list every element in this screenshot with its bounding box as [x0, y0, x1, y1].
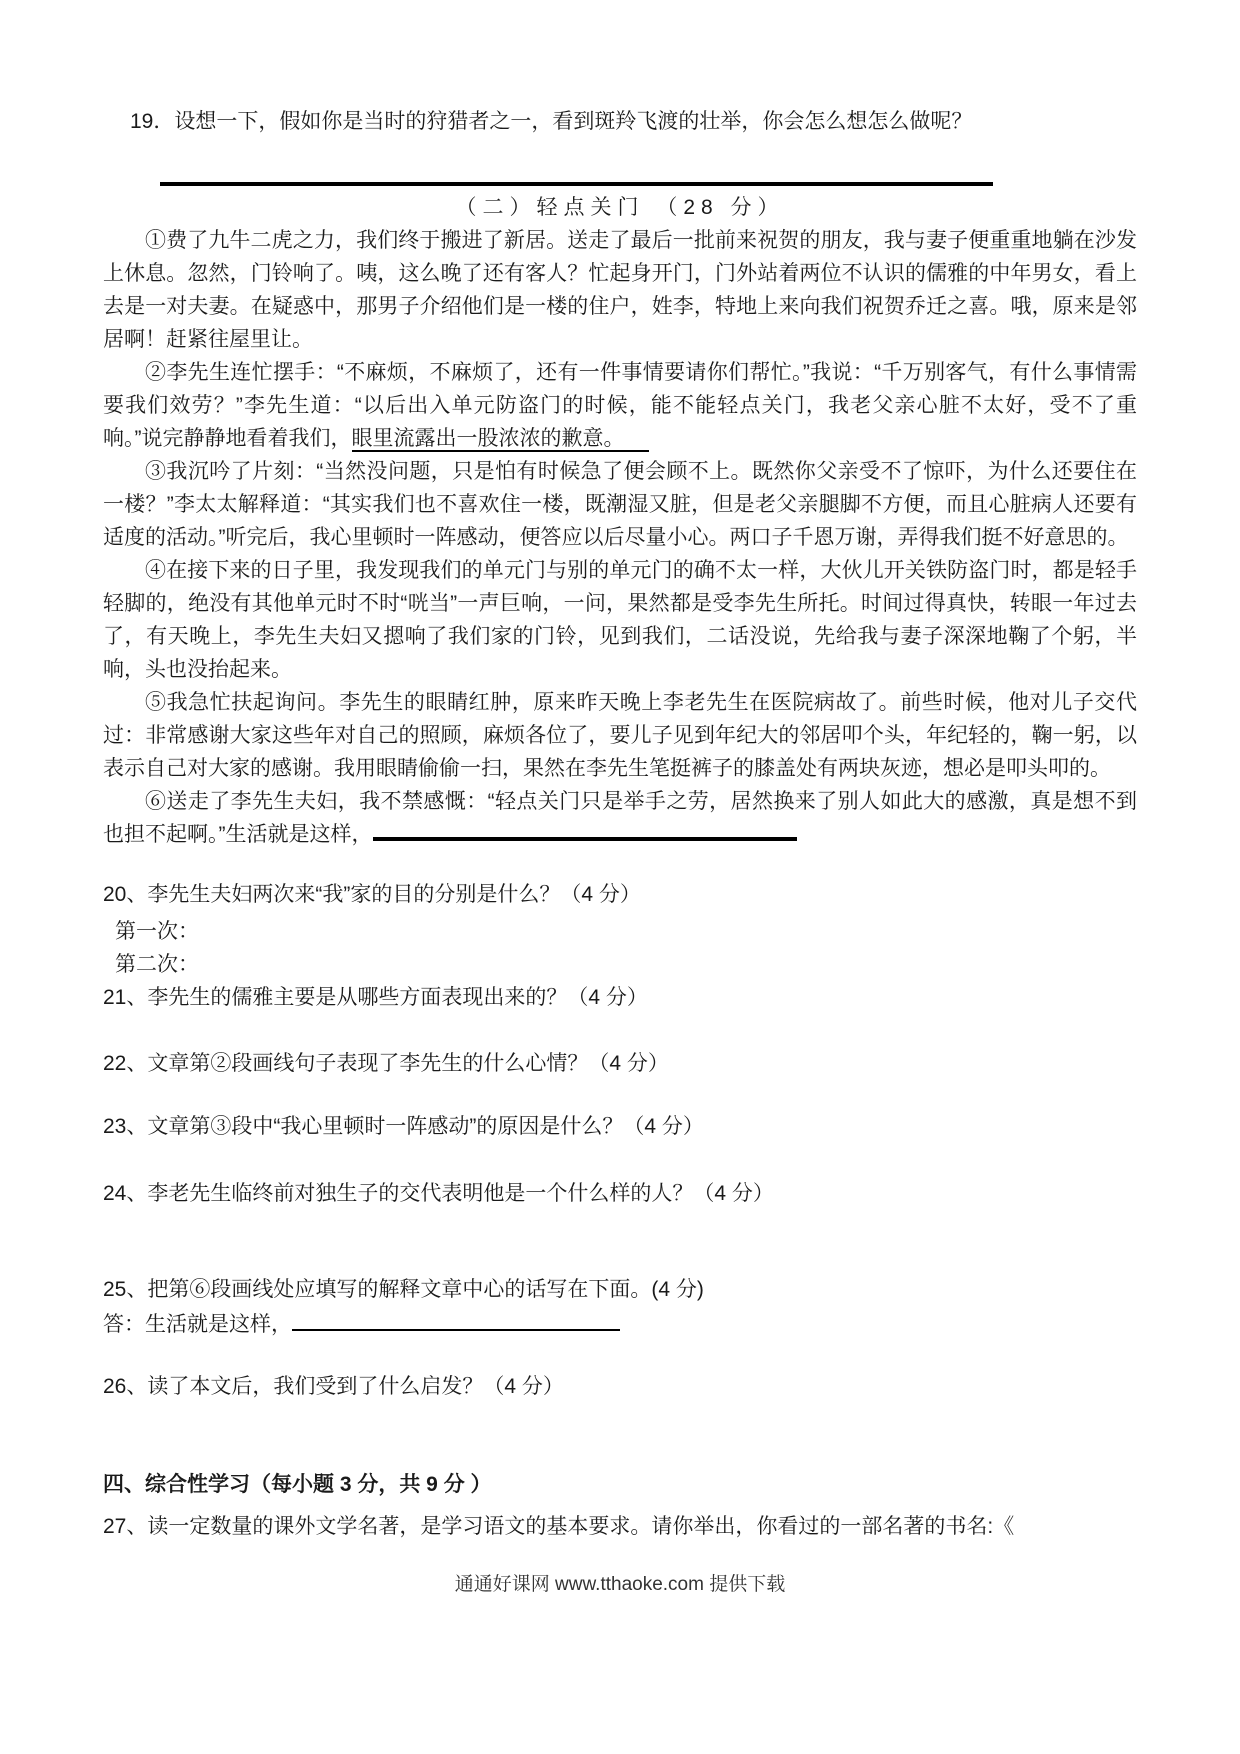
document-page: 19．设想一下，假如你是当时的狩猎者之一，看到斑羚飞渡的壮举，你会怎么想怎么做呢… [0, 0, 1240, 1754]
question-23: 23、文章第③段中“我心里顿时一阵感动”的原因是什么？（4 分） [103, 1110, 1137, 1143]
underlined-phrase-paragraph-2: 眼里流露出一股浓浓的歉意。 [352, 427, 649, 452]
question-25-answer-line: 答：生活就是这样， [103, 1308, 1137, 1341]
question-27: 27、读一定数量的课外文学名著，是学习语文的基本要求。请你举出，你看过的一部名著… [103, 1510, 1137, 1543]
question-21: 21、李先生的儒雅主要是从哪些方面表现出来的？（4 分） [103, 981, 1137, 1014]
question-20: 20、李先生夫妇两次来“我”家的目的分别是什么？（4 分） [103, 878, 1137, 911]
passage-paragraph-1: ①费了九牛二虎之力，我们终于搬进了新居。送走了最后一批前来祝贺的朋友，我与妻子便… [103, 224, 1137, 356]
answer-blank-question-25 [292, 1311, 620, 1331]
question-19: 19．设想一下，假如你是当时的狩猎者之一，看到斑羚飞渡的壮举，你会怎么想怎么做呢… [130, 105, 1137, 138]
passage-paragraph-6: ⑥送走了李先生夫妇，我不禁感慨：“轻点关门只是举手之劳，居然换来了别人如此大的感… [103, 785, 1137, 851]
passage-paragraph-4: ④在接下来的日子里，我发现我们的单元门与别的单元门的确不太一样，大伙儿开关铁防盗… [103, 554, 1137, 686]
question-25: 25、把第⑥段画线处应填写的解释文章中心的话写在下面。(4 分) [103, 1273, 1137, 1306]
section-divider-rule [160, 182, 993, 186]
answer-prefix: 答：生活就是这样， [103, 1313, 292, 1336]
question-20-second-line: 第二次： [115, 948, 1137, 981]
question-20-first-line: 第一次： [115, 915, 1137, 948]
passage-paragraph-2: ②李先生连忙摆手：“不麻烦，不麻烦了，还有一件事情要请你们帮忙。”我说：“千万别… [103, 356, 1137, 455]
passage-paragraph-3: ③我沉吟了片刻：“当然没问题，只是怕有时候急了便会顾不上。既然你父亲受不了惊吓，… [103, 455, 1137, 554]
section-4-heading: 四、综合性学习（每小题 3 分，共 9 分 ） [103, 1468, 1137, 1501]
passage-paragraph-5: ⑤我急忙扶起询问。李先生的眼睛红肿，原来昨天晚上李老先生在医院病故了。前些时候，… [103, 686, 1137, 785]
question-24: 24、李老先生临终前对独生子的交代表明他是一个什么样的人？（4 分） [103, 1177, 1137, 1210]
answer-blank-paragraph-6 [373, 819, 797, 841]
question-22: 22、文章第②段画线句子表现了李先生的什么心情？（4 分） [103, 1047, 1137, 1080]
question-26: 26、读了本文后，我们受到了什么启发？（4 分） [103, 1370, 1137, 1403]
footer-watermark: 通通好课网 www.tthaoke.com 提供下载 [103, 1568, 1137, 1601]
passage-title: （二）轻点关门 （28 分） [103, 191, 1137, 224]
